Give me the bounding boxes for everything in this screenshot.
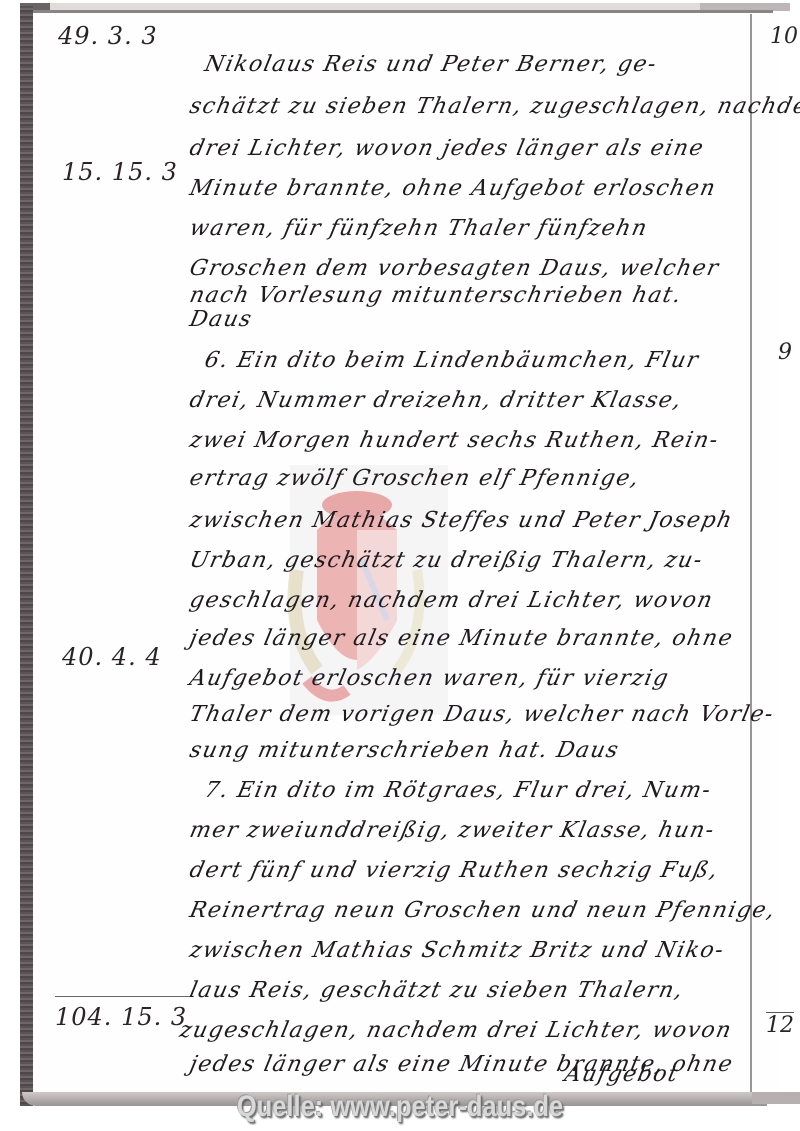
margin-amount: 49. 3. 3 [58, 22, 158, 50]
page-number-mark: 10 [770, 24, 798, 49]
text-line: Aufgebot erloschen waren, für vierzig [187, 666, 732, 691]
margin-amount: 104. 15. 3 [55, 1003, 187, 1031]
text-line: Reinertrag neun Groschen und neun Pfenni… [187, 898, 732, 923]
page-top-edge [33, 10, 773, 13]
text-line: zugeschlagen, nachdem drei Lichter, wovo… [177, 1018, 722, 1043]
sum-rule [55, 996, 190, 997]
text-line: Thaler dem vorigen Daus, welcher nach Vo… [187, 702, 732, 727]
text-line: sung mitunterschrieben hat. Daus [187, 738, 732, 763]
text-line: mer zweiunddreißig, zweiter Klasse, hun- [187, 818, 732, 843]
text-line: schätzt zu sieben Thalern, zugeschlagen,… [187, 94, 732, 119]
text-line: 7. Ein dito im Rötgraes, Flur drei, Num- [202, 778, 747, 803]
margin-amount: 40. 4. 4 [62, 643, 162, 671]
margin-mark: 12 [766, 1012, 794, 1038]
book-binding-edge [20, 6, 33, 1106]
text-line: zwischen Mathias Schmitz Britz und Niko- [187, 938, 732, 963]
source-caption: Quelle: www.peter-daus.de [60, 1090, 740, 1124]
catchword: Aufgebot [562, 1062, 681, 1087]
right-margin-rule [750, 14, 752, 1099]
text-line: Nikolaus Reis und Peter Berner, ge- [202, 52, 747, 77]
text-line: drei Lichter, wovon jedes länger als ein… [187, 136, 732, 161]
text-line: drei, Nummer dreizehn, dritter Klasse, [187, 388, 732, 413]
margin-amount: 15. 15. 3 [62, 158, 178, 186]
text-line: jedes länger als eine Minute brannte, oh… [187, 626, 732, 651]
text-line: waren, für fünfzehn Thaler fünfzehn [187, 216, 732, 241]
margin-mark: 9 [778, 340, 792, 365]
text-line: Minute brannte, ohne Aufgebot erloschen [187, 176, 732, 201]
text-line: zwei Morgen hundert sechs Ruthen, Rein- [187, 428, 732, 453]
text-line: 6. Ein dito beim Lindenbäumchen, Flur [202, 348, 747, 373]
text-line: laus Reis, geschätzt zu sieben Thalern, [187, 978, 732, 1003]
text-line: Urban, geschätzt zu dreißig Thalern, zu- [187, 548, 732, 573]
text-line: geschlagen, nachdem drei Lichter, wovon [187, 588, 732, 613]
text-line: nach Vorlesung mitunterschrieben hat. [187, 283, 732, 308]
signature: Daus [187, 307, 732, 332]
text-line: Groschen dem vorbesagten Daus, welcher [187, 256, 732, 281]
text-line: dert fünf und vierzig Ruthen sechzig Fuß… [187, 858, 732, 883]
text-line: ertrag zwölf Groschen elf Pfennige, [187, 466, 732, 491]
next-page-edge [752, 1092, 800, 1104]
catchword-text: Aufgebot [562, 1062, 681, 1087]
text-line: zwischen Mathias Steffes und Peter Josep… [187, 508, 732, 533]
